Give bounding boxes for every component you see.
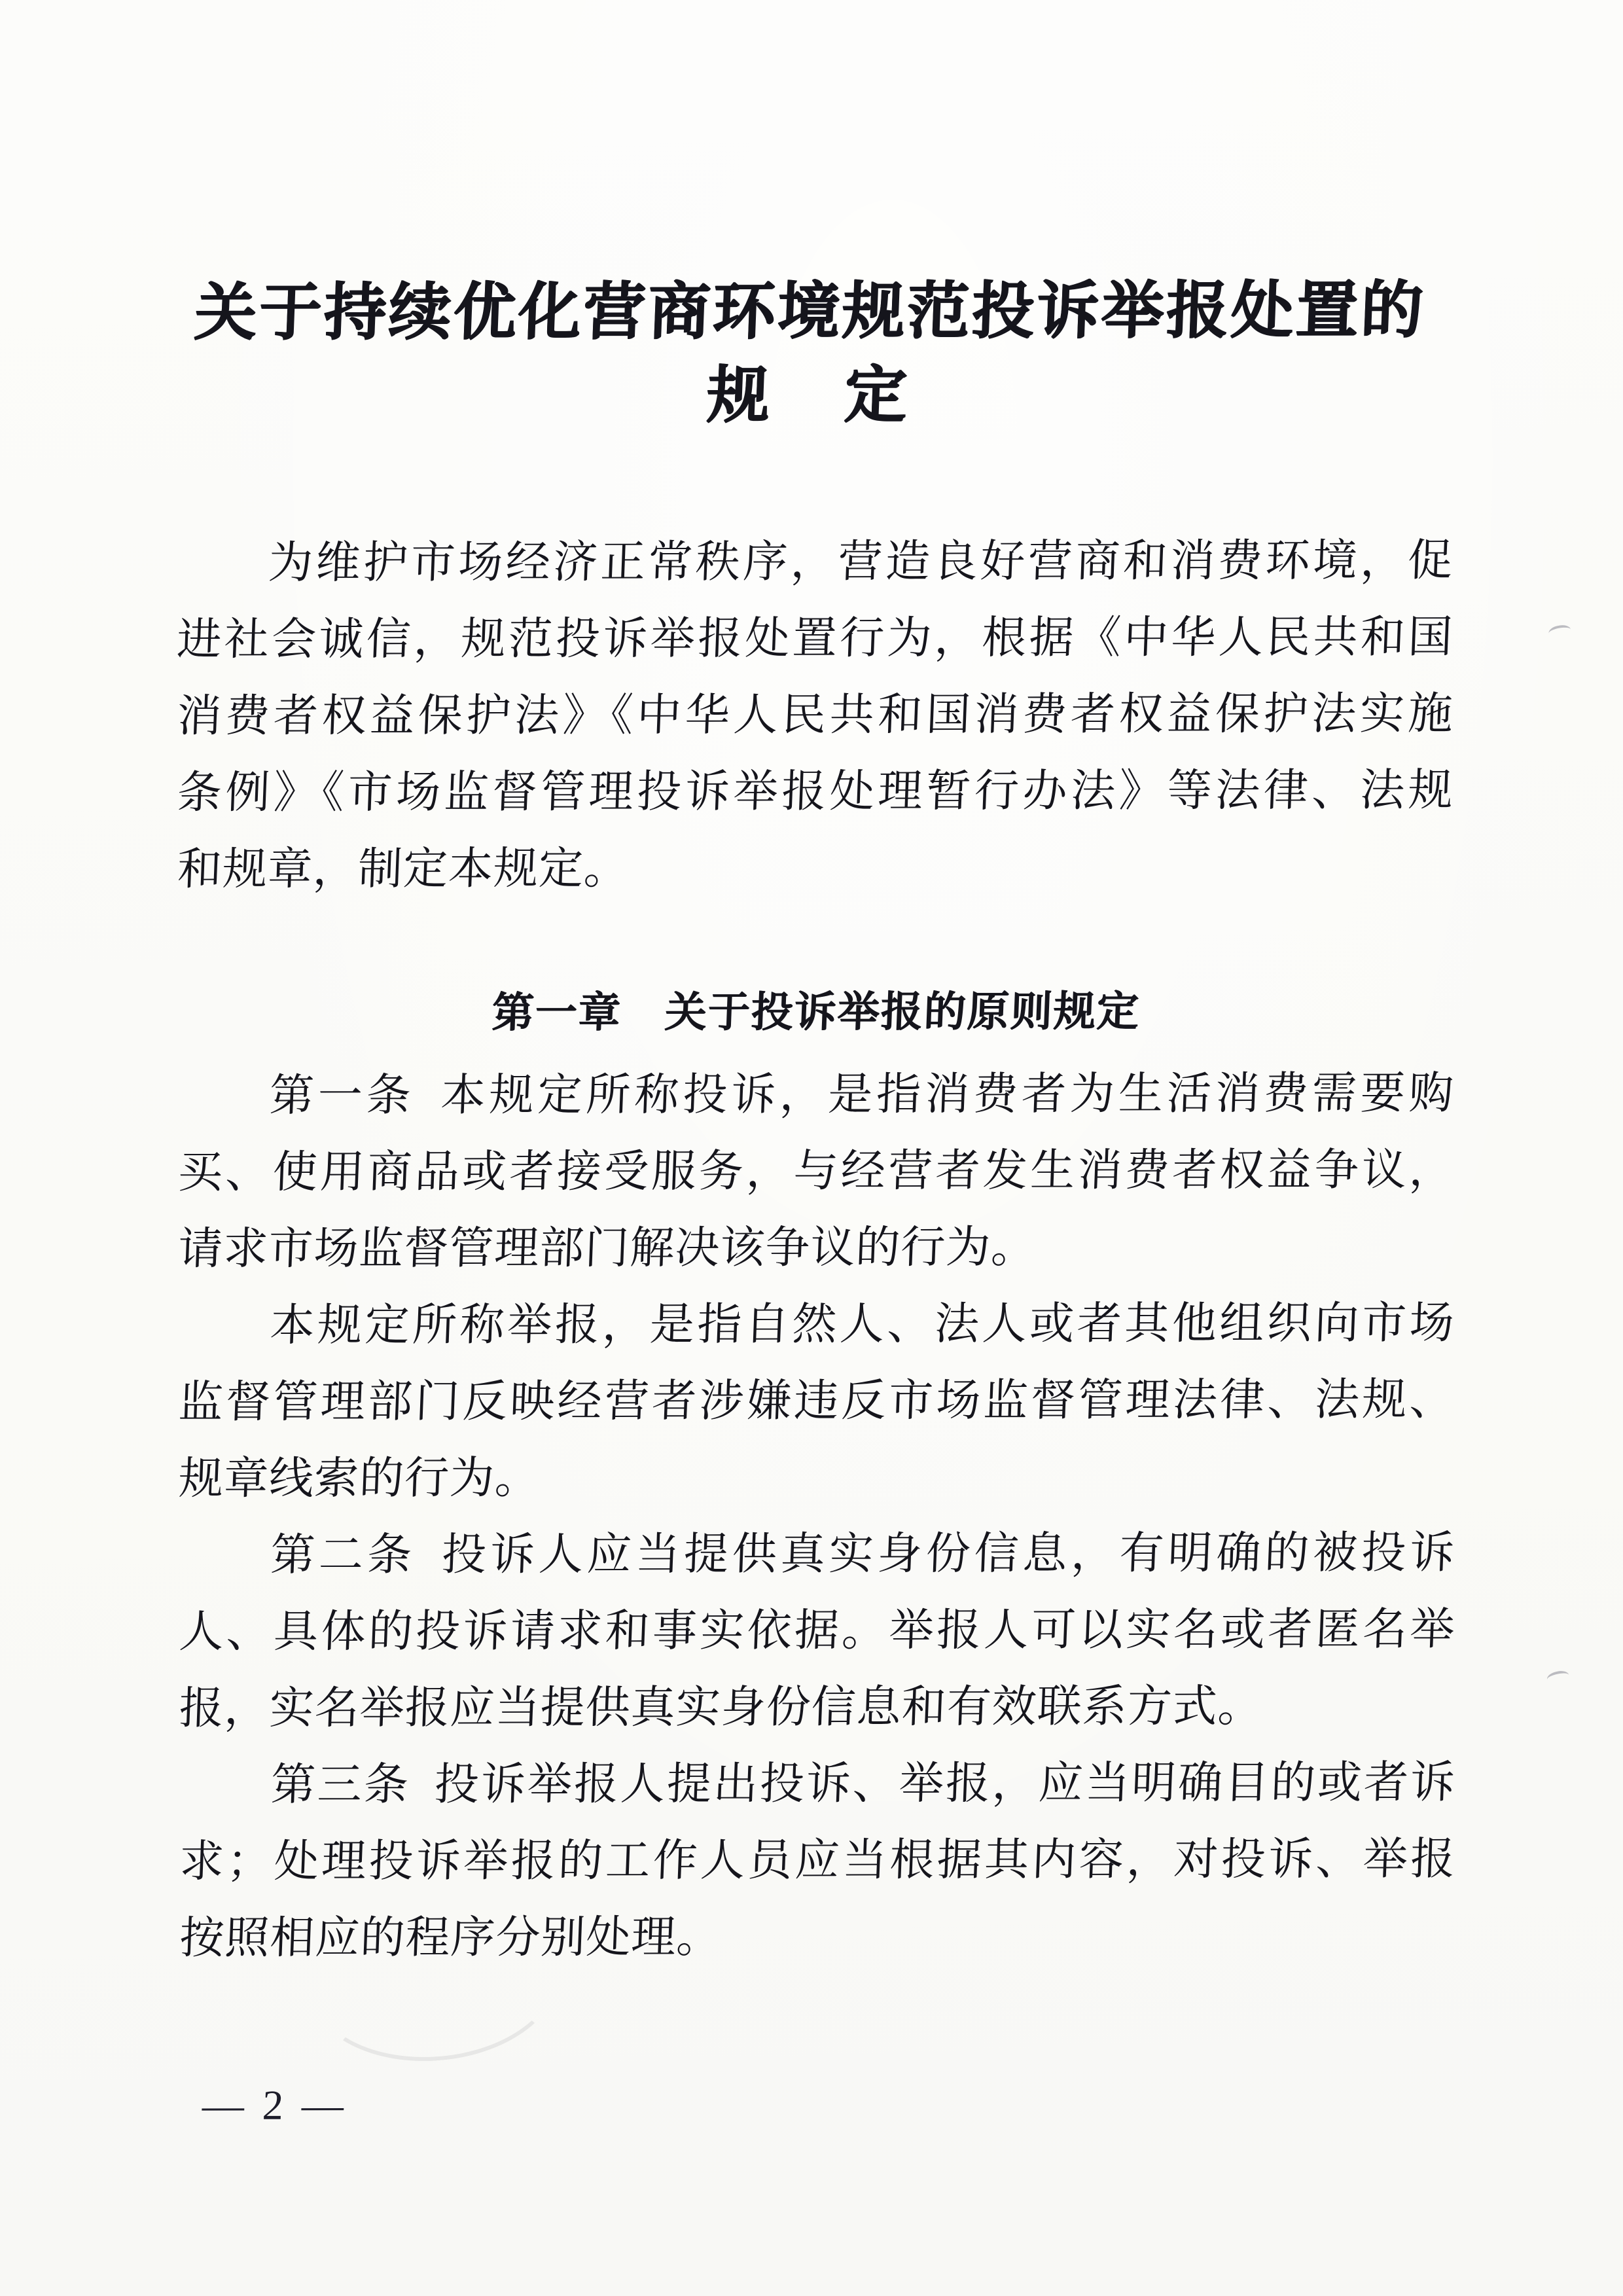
chapter-1-heading: 第一章 关于投诉举报的原则规定 [176,973,1455,1052]
intro-line: 消费者权益保护法》《中华人民共和国消费者权益保护法实施 [175,675,1454,755]
document-title-line-2: 规 定 [0,357,1623,433]
intro-line: 为维护市场经济正常秩序，营造良好营商和消费环境，促 [175,522,1454,601]
body-line: 买、使用商品或者接受服务，与经营者发生消费者权益争议， [177,1132,1455,1211]
body-line: 第二条 投诉人应当提供真实身份信息，有明确的被投诉 [177,1515,1456,1594]
page-number: — 2 — [202,2081,349,2129]
body-line: 报，实名举报应当提供真实身份信息和有效联系方式。 [178,1668,1457,1747]
document-title-line-1: 关于持续优化营商环境规范投诉举报处置的 [0,273,1622,350]
body-line: 监督管理部门反映经营者涉嫌违反市场监督管理法律、法规、 [177,1361,1456,1441]
document-body: 为维护市场经济正常秩序，营造良好营商和消费环境，促 进社会诚信，规范投诉举报处置… [177,522,1456,1977]
intro-line: 和规章，制定本规定。 [176,829,1455,908]
body-line: 请求市场监督管理部门解决该争议的行为。 [177,1208,1455,1287]
body-line: 第一条 本规定所称投诉，是指消费者为生活消费需要购 [177,1055,1455,1134]
intro-line: 条例》《市场监督管理投诉举报处理暂行办法》等法律、法规 [176,752,1455,831]
document-page: 关于持续优化营商环境规范投诉举报处置的 规 定 为维护市场经济正常秩序，营造良好… [0,0,1623,2296]
scan-artifact-mark [1548,624,1572,639]
body-line: 人、具体的投诉请求和事实依据。举报人可以实名或者匿名举 [177,1591,1456,1670]
body-line: 求；处理投诉举报的工作人员应当根据其内容，对投诉、举报 [178,1821,1457,1900]
intro-line: 进社会诚信，规范投诉举报处置行为，根据《中华人民共和国 [175,599,1454,678]
scan-artifact-mark [1546,1669,1570,1685]
body-line: 本规定所称举报，是指自然人、法人或者其他组织向市场 [177,1285,1455,1364]
body-line: 第三条 投诉举报人提出投诉、举报，应当明确目的或者诉 [178,1744,1457,1823]
body-line: 规章线索的行为。 [177,1438,1456,1517]
